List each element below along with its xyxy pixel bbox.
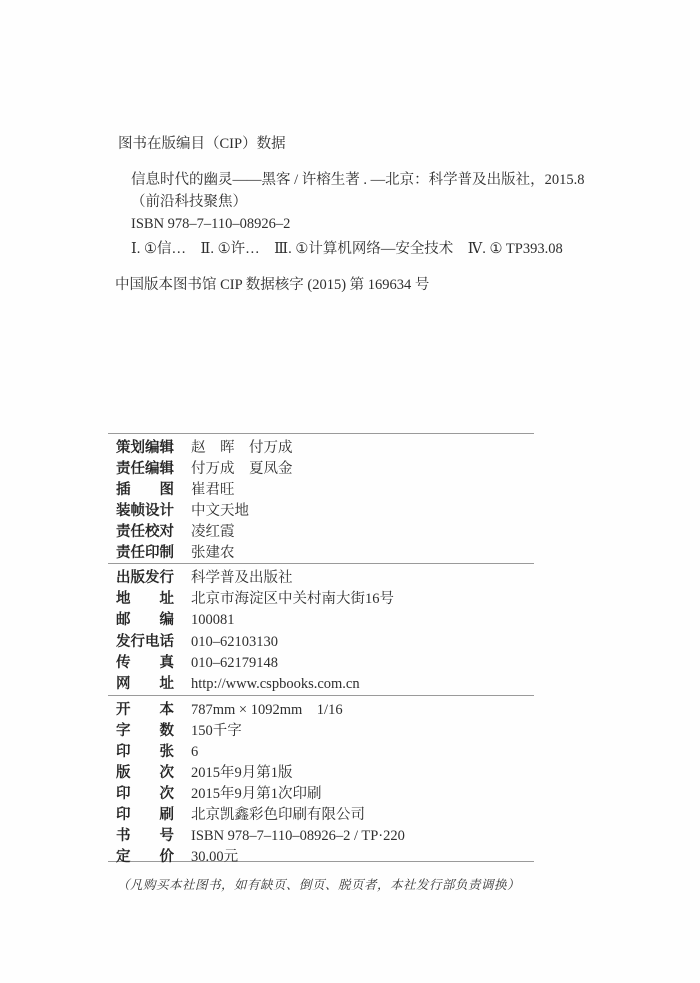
exchange-notice: （凡购买本社图书，如有缺页、倒页、脱页者，本社发行部负责调换） xyxy=(117,875,520,893)
table-row: 策划编辑 赵 晖 付万成 xyxy=(116,436,534,457)
row-label: 责任印制 xyxy=(116,541,178,562)
staff-section: 策划编辑 赵 晖 付万成 责任编辑 付万成 夏凤金 插 图 崔君旺 装帧设计 中… xyxy=(108,433,534,563)
row-label: 邮 编 xyxy=(116,608,178,629)
row-value: 中文天地 xyxy=(191,499,249,520)
row-value: 凌红霞 xyxy=(191,520,235,541)
row-value: 30.00元 xyxy=(191,845,238,866)
colophon: 策划编辑 赵 晖 付万成 责任编辑 付万成 夏凤金 插 图 崔君旺 装帧设计 中… xyxy=(108,433,534,862)
row-label: 装帧设计 xyxy=(116,499,178,520)
row-value: 787mm × 1092mm 1/16 xyxy=(191,698,343,719)
cip-series-line: （前沿科技聚焦） xyxy=(131,191,585,213)
row-value: ISBN 978–7–110–08926–2 / TP·220 xyxy=(191,828,405,845)
table-row: 开 本 787mm × 1092mm 1/16 xyxy=(116,698,534,719)
row-label: 印 次 xyxy=(116,782,178,803)
row-label: 传 真 xyxy=(116,651,178,672)
table-row: 版 次 2015年9月第1版 xyxy=(116,761,534,782)
row-label: 插 图 xyxy=(116,478,178,499)
table-row: 印 刷 北京凯鑫彩色印刷有限公司 xyxy=(116,803,534,824)
table-row: 出版发行 科学普及出版社 xyxy=(116,566,534,587)
table-row: 传 真 010–62179148 xyxy=(116,651,534,672)
row-value: 010–62179148 xyxy=(191,655,278,672)
row-value: 2015年9月第1版 xyxy=(191,761,293,782)
row-value: 崔君旺 xyxy=(191,478,235,499)
row-label: 书 号 xyxy=(116,824,178,845)
table-row: 责任校对 凌红霞 xyxy=(116,520,534,541)
table-row: 责任印制 张建农 xyxy=(116,541,534,562)
row-label: 责任校对 xyxy=(116,520,178,541)
row-value: 科学普及出版社 xyxy=(191,566,293,587)
copyright-page: 图书在版编目（CIP）数据 信息时代的幽灵——黑客 / 许榕生著 . —北京：科… xyxy=(0,0,700,983)
table-row: 责任编辑 付万成 夏凤金 xyxy=(116,457,534,478)
row-label: 责任编辑 xyxy=(116,457,178,478)
table-row: 邮 编 100081 xyxy=(116,608,534,629)
row-value: 付万成 夏凤金 xyxy=(191,457,293,478)
table-row: 书 号 ISBN 978–7–110–08926–2 / TP·220 xyxy=(116,824,534,845)
cip-title-line: 信息时代的幽灵——黑客 / 许榕生著 . —北京：科学普及出版社，2015.8 xyxy=(131,169,585,191)
row-label: 印 张 xyxy=(116,740,178,761)
row-label: 发行电话 xyxy=(116,630,178,651)
website-url: http://www.cspbooks.com.cn xyxy=(191,676,360,693)
row-label: 版 次 xyxy=(116,761,178,782)
row-label: 出版发行 xyxy=(116,566,178,587)
row-label: 印 刷 xyxy=(116,803,178,824)
row-value: 010–62103130 xyxy=(191,634,278,651)
row-label: 地 址 xyxy=(116,587,178,608)
table-row: 网 址 http://www.cspbooks.com.cn xyxy=(116,672,534,693)
publisher-section: 出版发行 科学普及出版社 地 址 北京市海淀区中关村南大街16号 邮 编 100… xyxy=(108,563,534,695)
row-label: 开 本 xyxy=(116,698,178,719)
row-value: 150千字 xyxy=(191,719,242,740)
table-row: 装帧设计 中文天地 xyxy=(116,499,534,520)
table-row: 定 价 30.00元 xyxy=(116,845,534,866)
table-row: 发行电话 010–62103130 xyxy=(116,630,534,651)
row-value: 北京市海淀区中关村南大街16号 xyxy=(191,587,394,608)
table-row: 插 图 崔君旺 xyxy=(116,478,534,499)
row-value: 100081 xyxy=(191,612,235,629)
cip-record-line: 中国版本图书馆 CIP 数据核字 (2015) 第 169634 号 xyxy=(115,274,585,296)
row-label: 策划编辑 xyxy=(116,436,178,457)
cip-classification-line: Ⅰ. ①信… Ⅱ. ①许… Ⅲ. ①计算机网络—安全技术 Ⅳ. ① TP393.… xyxy=(131,238,585,260)
table-row: 字 数 150千字 xyxy=(116,719,534,740)
printing-section: 开 本 787mm × 1092mm 1/16 字 数 150千字 印 张 6 … xyxy=(108,695,534,862)
row-value: 2015年9月第1次印刷 xyxy=(191,782,322,803)
row-label: 定 价 xyxy=(116,845,178,866)
table-row: 印 张 6 xyxy=(116,740,534,761)
row-value: 6 xyxy=(191,744,198,761)
row-value: 张建农 xyxy=(191,541,235,562)
cip-data-block: 图书在版编目（CIP）数据 信息时代的幽灵——黑客 / 许榕生著 . —北京：科… xyxy=(115,136,585,296)
row-label: 网 址 xyxy=(116,672,178,693)
cip-isbn-line: ISBN 978–7–110–08926–2 xyxy=(131,213,585,235)
row-label: 字 数 xyxy=(116,719,178,740)
table-row: 印 次 2015年9月第1次印刷 xyxy=(116,782,534,803)
cip-entry: 信息时代的幽灵——黑客 / 许榕生著 . —北京：科学普及出版社，2015.8 … xyxy=(131,169,585,260)
row-value: 赵 晖 付万成 xyxy=(191,436,293,457)
table-row: 地 址 北京市海淀区中关村南大街16号 xyxy=(116,587,534,608)
cip-heading: 图书在版编目（CIP）数据 xyxy=(118,136,585,152)
row-value: 北京凯鑫彩色印刷有限公司 xyxy=(191,803,365,824)
